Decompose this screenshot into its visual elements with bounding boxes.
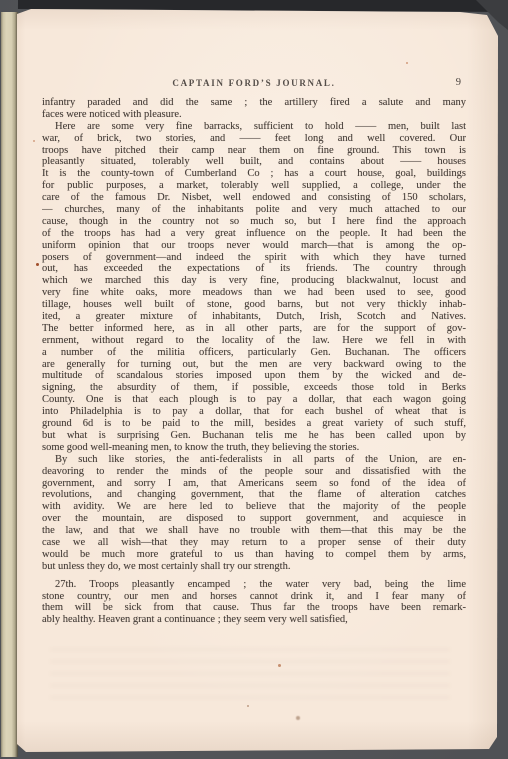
- ink-speck: [36, 263, 39, 266]
- page-number: 9: [456, 77, 461, 88]
- text-line: By such like stories, the anti-federalis…: [42, 454, 466, 466]
- text-line: infantry paraded and did the same ; the …: [42, 97, 466, 109]
- text-line: case we all wish—that they may return to…: [42, 537, 466, 549]
- text-line: care of the famous Dr. Nisbet, well endo…: [42, 192, 466, 204]
- text-line: multitude of scandalous stories imposed …: [42, 370, 466, 382]
- text-line: into Philadelphia is to pay a dollar, th…: [42, 406, 466, 418]
- text-line: revolutions, and changing government, th…: [42, 489, 466, 501]
- text-line: war, of brick, two stories, and —— feet …: [42, 133, 466, 145]
- scanned-page: CAPTAIN FORD’S JOURNAL. 9 infantry parad…: [0, 0, 508, 759]
- reverse-side-showthrough: [50, 648, 450, 708]
- text-line: would be much more grateful to us than h…: [42, 549, 466, 561]
- ink-speck: [247, 705, 249, 707]
- text-line: a number of the militia officers, partic…: [42, 347, 466, 359]
- text-line: The better informed here, as in all othe…: [42, 323, 466, 335]
- text-line: very fine white oaks, more meadows than …: [42, 287, 466, 299]
- text-line: ground 6d is to be paid to the mill, bes…: [42, 418, 466, 430]
- text-line: deavoring to render the minds of the peo…: [42, 466, 466, 478]
- paragraph: Here are some very fine barracks, suffic…: [42, 121, 466, 454]
- text-line: for public purposes, a market, tolerably…: [42, 180, 466, 192]
- ink-speck: [406, 62, 408, 64]
- text-line: signing, the absurdity of them, if possi…: [42, 382, 466, 394]
- text-line: with avidity. We are here led to believe…: [42, 501, 466, 513]
- text-line: Here are some very fine barracks, suffic…: [42, 121, 466, 133]
- text-line: out, has exceeded the expectations of it…: [42, 263, 466, 275]
- page-body: infantry paraded and did the same ; the …: [42, 97, 466, 626]
- text-line: are generally for turning out, but the m…: [42, 359, 466, 371]
- text-line: stone country, our men and horses cannot…: [42, 591, 466, 603]
- book-fore-edge: [1, 12, 18, 757]
- running-header: CAPTAIN FORD’S JOURNAL. 9: [42, 78, 466, 92]
- text-line: faces were noticed with pleasure.: [42, 109, 466, 121]
- text-line: It is the county-town of Cumberland Co ;…: [42, 168, 466, 180]
- paragraph: By such like stories, the anti-federalis…: [42, 454, 466, 573]
- ink-speck: [33, 140, 35, 142]
- text-line: ably healthy. Heaven grant a continuance…: [42, 614, 466, 626]
- header-title: CAPTAIN FORD’S JOURNAL.: [42, 78, 466, 88]
- text-line: the law, and that we shall have no troub…: [42, 525, 466, 537]
- text-line: posers of government—and indeed the spir…: [42, 252, 466, 264]
- ink-speck: [278, 664, 281, 667]
- text-line: some good well-meaning men, to know the …: [42, 442, 466, 454]
- text-line: troops have pitched their camp near them…: [42, 145, 466, 157]
- text-line: but unless they do, we most certainly sh…: [42, 561, 466, 573]
- text-line: but what is surprising Gen. Buchanan tel…: [42, 430, 466, 442]
- text-line: pleasantly situated, tolerably well buil…: [42, 156, 466, 168]
- text-line: ited, a greater mixture of inhabitants, …: [42, 311, 466, 323]
- paragraph: infantry paraded and did the same ; the …: [42, 97, 466, 121]
- text-line: cause, though in the country not so much…: [42, 216, 466, 228]
- text-line: of the troops has had a very great influ…: [42, 228, 466, 240]
- scanned-book-photo: CAPTAIN FORD’S JOURNAL. 9 infantry parad…: [0, 0, 508, 759]
- text-line: — churches, many of the inhabitants poli…: [42, 204, 466, 216]
- text-line: tillage, houses well built of stone, goo…: [42, 299, 466, 311]
- text-line: them will be sick from that cause. Thus …: [42, 602, 466, 614]
- text-line: 27th. Troops pleasantly encamped ; the w…: [42, 579, 466, 591]
- text-line: County. One is that each plough is to pa…: [42, 394, 466, 406]
- text-line: uniform opinion that our troops never wo…: [42, 240, 466, 252]
- text-line: over the mountain, are disposed to suppo…: [42, 513, 466, 525]
- paragraph: 27th. Troops pleasantly encamped ; the w…: [42, 579, 466, 627]
- text-line: which we marched this day is very fine, …: [42, 275, 466, 287]
- text-line: ernment, without regard to the locality …: [42, 335, 466, 347]
- text-line: government, and sorry I am, that America…: [42, 478, 466, 490]
- ink-speck: [296, 716, 300, 720]
